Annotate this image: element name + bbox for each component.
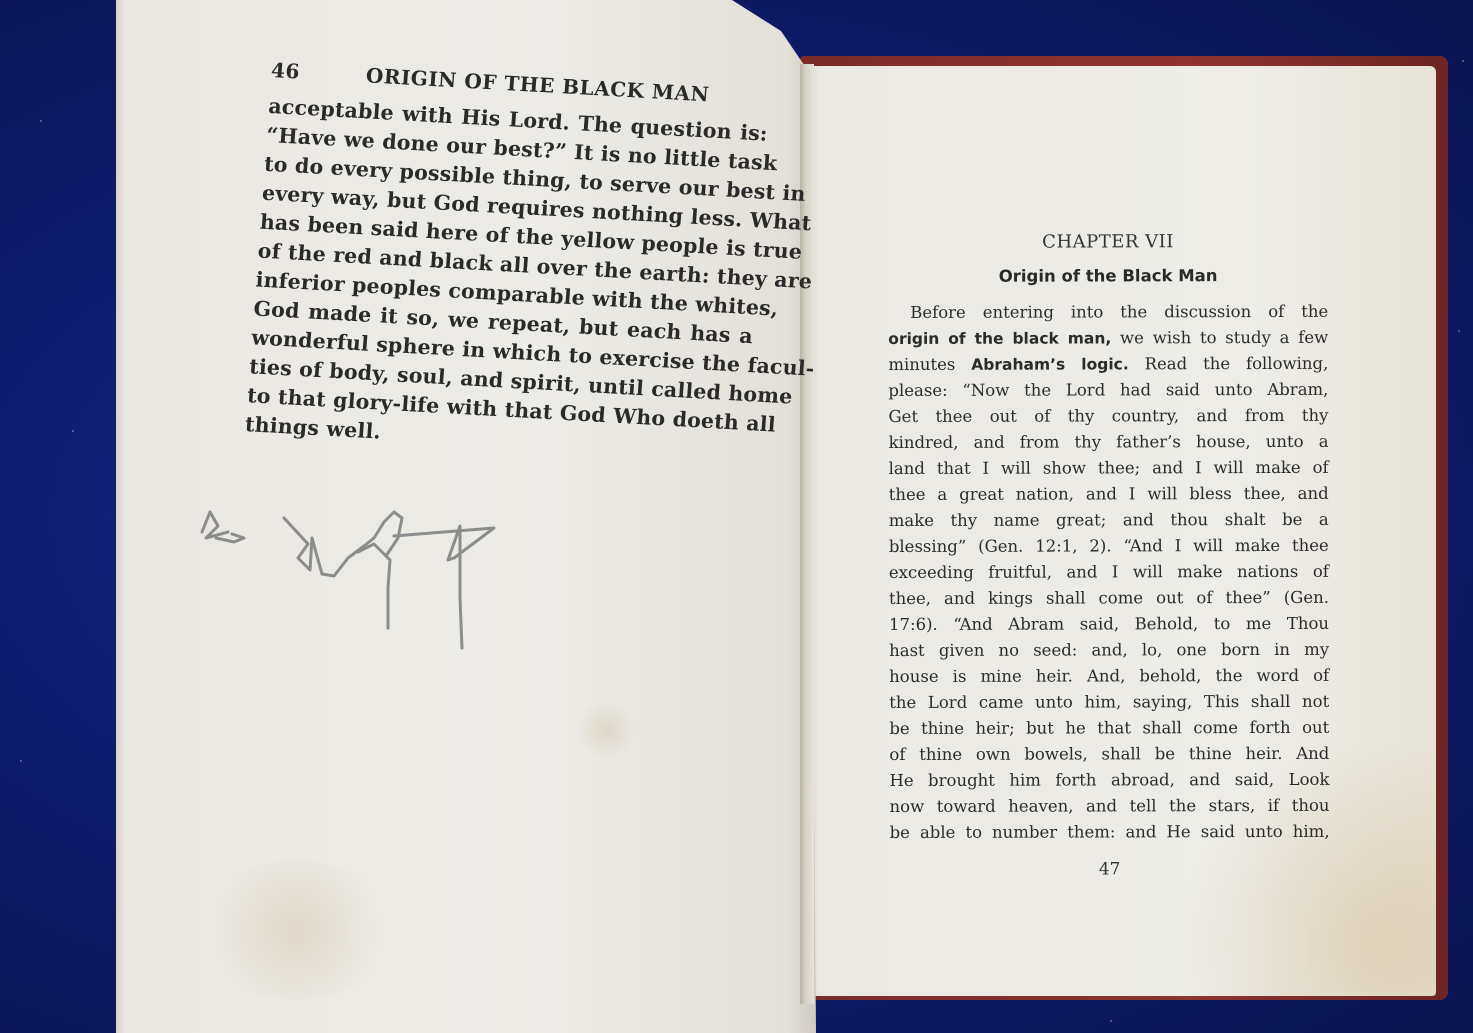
cloth-speck — [1458, 330, 1460, 332]
text-line: please: “Now the Lord had said unto Abra… — [888, 377, 1328, 404]
text-line: thee, and kings shall come out of thee” … — [889, 585, 1329, 612]
text-line: land that I will show thee; and I will m… — [889, 455, 1329, 482]
text-line: thee a great nation, and I will bless th… — [889, 481, 1329, 508]
bold-phrase: Abraham’s logic. — [971, 355, 1128, 373]
cloth-speck — [1110, 1020, 1112, 1022]
text-line: Before entering into the discussion of t… — [888, 299, 1328, 326]
text-line: 17:6). “And Abram said, Behold, to me Th… — [889, 611, 1329, 638]
text-line: exceeding fruitful, and I will make nati… — [889, 559, 1329, 586]
left-page-body: acceptable with His Lord. The question i… — [244, 92, 769, 467]
cloth-speck — [20, 760, 22, 762]
right-page-body: Before entering into the discussion of t… — [888, 299, 1329, 846]
chapter-title: Origin of the Black Man — [888, 266, 1328, 286]
handwritten-signature — [188, 498, 528, 658]
page-number: 46 — [270, 58, 367, 87]
left-page-text: 46 ORIGIN OF THE BLACK MAN acceptable wi… — [244, 58, 771, 467]
text-line: blessing” (Gen. 12:1, 2). “And I will ma… — [889, 533, 1329, 560]
text-line: He brought him forth abroad, and said, L… — [889, 767, 1329, 794]
text-line: be able to number them: and He said unto… — [890, 819, 1330, 846]
text-line: the Lord came unto him, saying, This sha… — [889, 689, 1329, 716]
text-line: house is mine heir. And, behold, the wor… — [889, 663, 1329, 690]
cloth-speck — [72, 430, 74, 432]
text-line: origin of the black man, we wish to stud… — [888, 325, 1328, 352]
text-line: kindred, and from thy father’s house, un… — [889, 429, 1329, 456]
text-line: minutes Abraham’s logic. Read the follow… — [888, 351, 1328, 378]
text-line: hast given no seed: and, lo, one born in… — [889, 637, 1329, 664]
text-line: now toward heaven, and tell the stars, i… — [889, 793, 1329, 820]
cloth-speck — [1462, 60, 1464, 62]
cloth-speck — [40, 120, 42, 122]
chapter-number: CHAPTER VII — [888, 231, 1328, 253]
bold-phrase: origin of the black man, — [888, 329, 1111, 348]
text-line: of thine own bowels, shall be thine heir… — [889, 741, 1329, 768]
text-line: Get thee out of thy country, and from th… — [888, 403, 1328, 430]
right-page-text: CHAPTER VII Origin of the Black Man Befo… — [888, 231, 1330, 880]
page-stain — [576, 700, 636, 760]
page-number: 47 — [890, 859, 1330, 880]
text-line: be thine heir; but he that shall come fo… — [889, 715, 1329, 742]
text-line: make thy name great; and thou shalt be a — [889, 507, 1329, 534]
page-stain — [196, 860, 396, 1000]
